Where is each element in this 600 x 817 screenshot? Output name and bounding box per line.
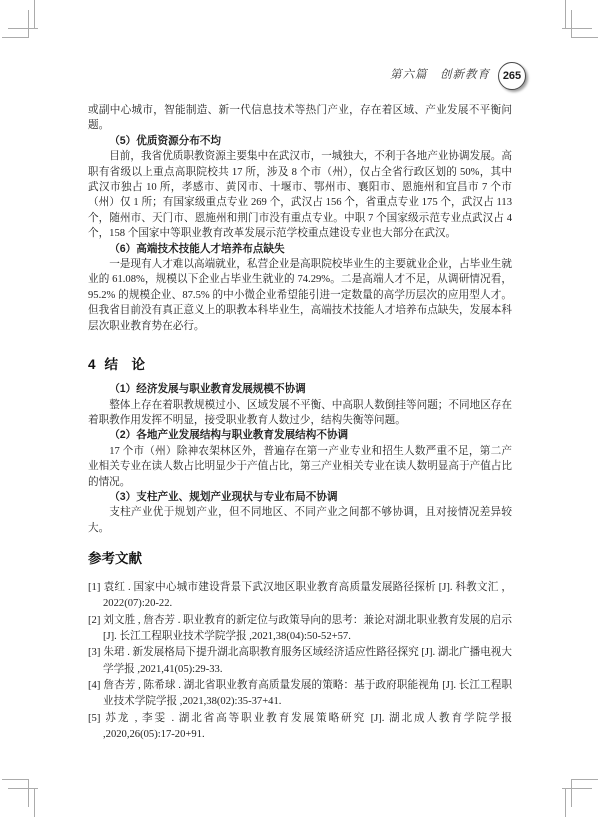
page-number-badge: 265 [498,62,526,90]
section-heading-conclusion: 4结 论 [88,356,512,374]
paragraph-resources: 目前，我省优质职教资源主要集中在武汉市，一城独大，不利于各地产业协调发展。高职有… [88,149,512,241]
crop-mark [565,0,566,29]
crop-mark [571,779,572,807]
subheading-6: （6）高端技术技能人才培养布点缺失 [88,242,512,257]
reference-marker: [1] [88,582,103,593]
crop-mark [34,788,35,817]
reference-text: 苏龙 , 李雯 . 湖北省高等职业教育发展策略研究 [J]. 湖北成人教育学院学… [103,713,512,740]
running-head-chapter: 第六篇 创新教育 [390,68,490,82]
crop-mark [572,37,598,38]
conclusion-item-3-heading: （3）支柱产业、规划产业现状与专业布局不协调 [88,490,512,505]
crop-mark [28,779,29,807]
reference-text: 袁红 . 国家中心城市建设背景下武汉地区职业教育高质量发展路径探析 [J]. 科… [103,582,512,609]
subheading-5: （5）优质资源分布不均 [88,134,512,149]
reference-text: 朱珺 . 新发展格局下提升湖北高职教育服务区域经济适应性路径探究 [J]. 湖北… [103,647,512,674]
paragraph-continuation: 或副中心城市，智能制造、新一代信息技术等热门产业，存在着区域、产业发展不平衡问题… [88,103,512,134]
reference-item: [2]刘文胜 , 詹杏芳 . 职业教育的新定位与政策导向的思考：兼论对湖北职业教… [88,613,512,646]
reference-marker: [5] [88,713,103,724]
reference-item: [4]詹杏芳 , 陈希球 . 湖北省职业教育高质量发展的策略：基于政府职能视角 … [88,678,512,711]
crop-mark [2,779,28,780]
crop-mark [8,788,38,789]
reference-marker: [3] [88,647,103,658]
reference-marker: [4] [88,680,103,691]
text-column: 或副中心城市，智能制造、新一代信息技术等热门产业，存在着区域、产业发展不平衡问题… [88,103,512,743]
reference-text: 詹杏芳 , 陈希球 . 湖北省职业教育高质量发展的策略：基于政府职能视角 [J]… [103,680,512,707]
conclusion-item-1-heading: （1）经济发展与职业教育发展规模不协调 [88,382,512,397]
paragraph-talent: 一是现有人才难以高端就业，私营企业是高职院校毕业生的主要就业企业，占毕业生就业的… [88,257,512,334]
reference-item: [1]袁红 . 国家中心城市建设背景下武汉地区职业教育高质量发展路径探析 [J]… [88,580,512,613]
reference-list: [1]袁红 . 国家中心城市建设背景下武汉地区职业教育高质量发展路径探析 [J]… [88,580,512,743]
book-page: 第六篇 创新教育 265 或副中心城市，智能制造、新一代信息技术等热门产业，存在… [0,0,600,817]
section-number: 4 [88,357,96,372]
crop-mark [571,10,572,38]
reference-marker: [2] [88,615,103,626]
conclusion-item-1-paragraph: 整体上存在着职教规模过小、区域发展不平衡、中高职人数倒挂等问题；不同地区存在着职… [88,398,512,429]
reference-item: [5]苏龙 , 李雯 . 湖北省高等职业教育发展策略研究 [J]. 湖北成人教育… [88,711,512,744]
crop-mark [565,788,566,817]
page-number: 265 [503,70,521,82]
reference-item: [3]朱珺 . 新发展格局下提升湖北高职教育服务区域经济适应性路径探究 [J].… [88,645,512,678]
crop-mark [562,28,592,29]
conclusion-item-2-paragraph: 17 个市（州）除神农架林区外，普遍存在第一产业专业和招生人数严重不足，第二产业… [88,444,512,490]
crop-mark [28,10,29,38]
section-title: 结 论 [105,357,146,372]
crop-mark [2,37,28,38]
conclusion-item-2-heading: （2）各地产业发展结构与职业教育发展结构不协调 [88,428,512,443]
references-heading: 参考文献 [88,550,512,568]
crop-mark [34,0,35,29]
crop-mark [572,779,598,780]
reference-text: 刘文胜 , 詹杏芳 . 职业教育的新定位与政策导向的思考：兼论对湖北职业教育发展… [103,615,512,642]
crop-mark [8,28,38,29]
crop-mark [562,788,592,789]
conclusion-item-3-paragraph: 支柱产业优于规划产业，但不同地区、不同产业之间都不够协调，且对接情况差异较大。 [88,505,512,536]
